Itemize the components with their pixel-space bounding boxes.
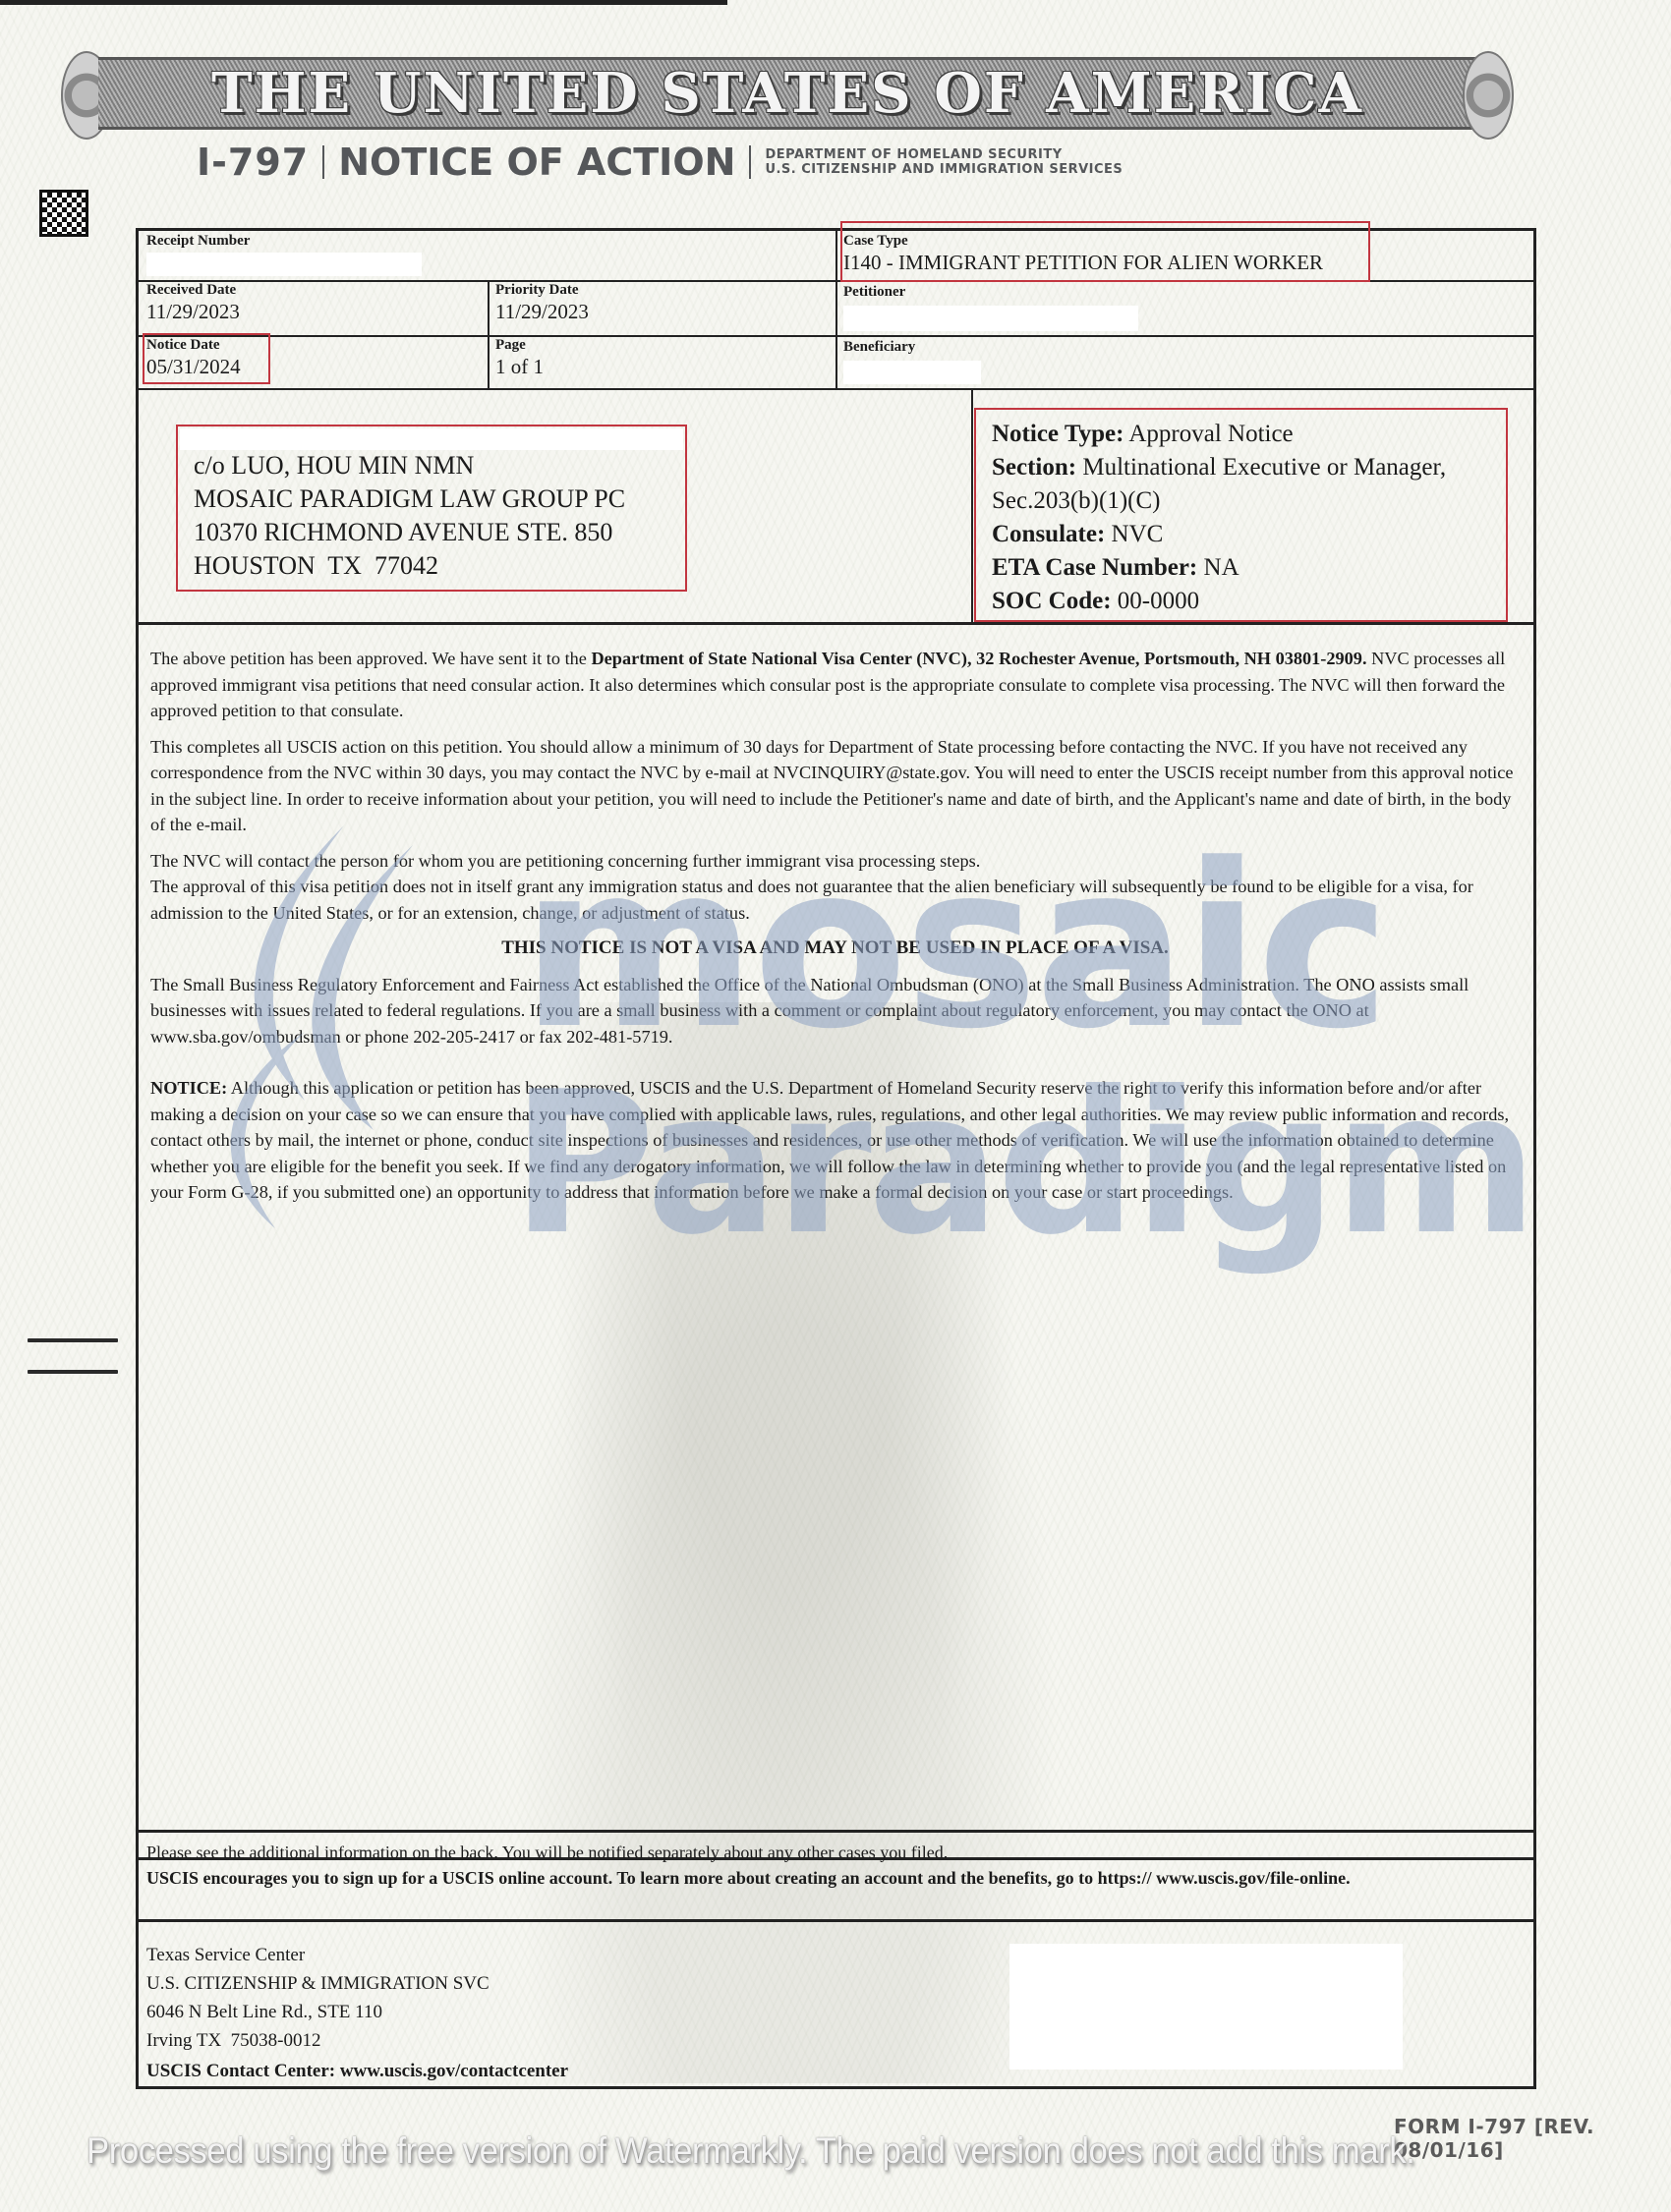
priority-date-label: Priority Date	[495, 282, 579, 299]
notice-form: Receipt Number Case Type I140 - IMMIGRAN…	[136, 228, 1536, 2089]
eta-case-number-row: ETA Case Number: NA	[992, 551, 1446, 585]
banner-title: THE UNITED STATES OF AMERICA	[61, 61, 1514, 126]
section-value: Multinational Executive or Manager,	[1082, 454, 1446, 481]
fold-marks	[28, 1338, 118, 1401]
paragraph-nvc-contact: The NVC will contact the person for whom…	[150, 848, 1520, 875]
department-line2: U.S. CITIZENSHIP AND IMMIGRATION SERVICE…	[765, 162, 1123, 177]
form-name: NOTICE OF ACTION	[338, 141, 735, 184]
contact-center: USCIS Contact Center: www.uscis.gov/cont…	[146, 2061, 568, 2082]
datamatrix-barcode-icon	[39, 190, 88, 237]
department-line1: DEPARTMENT OF HOMELAND SECURITY	[765, 147, 1062, 162]
service-center-line: Texas Service Center	[146, 1941, 490, 1969]
notice-info: Notice Type: Approval Notice Section: Mu…	[992, 418, 1446, 618]
beneficiary-label: Beneficiary	[843, 339, 915, 356]
not-a-visa-warning: THIS NOTICE IS NOT A VISA AND MAY NOT BE…	[150, 936, 1520, 962]
service-center-line: U.S. CITIZENSHIP & IMMIGRATION SVC	[146, 1969, 490, 1998]
highlight-case-type	[840, 221, 1370, 282]
service-center-line: Irving TX 75038-0012	[146, 2026, 490, 2055]
consulate-label: Consulate:	[992, 521, 1105, 547]
consulate-value: NVC	[1112, 521, 1164, 547]
eta-case-number-label: ETA Case Number:	[992, 554, 1197, 581]
highlight-notice-date	[143, 333, 270, 384]
address-line: c/o LUO, HOU MIN NMN	[194, 449, 625, 482]
form-subheader: I-797 NOTICE OF ACTION DEPARTMENT OF HOM…	[197, 138, 1123, 187]
service-center-address: Texas Service Center U.S. CITIZENSHIP & …	[146, 1941, 490, 2055]
divider	[749, 145, 751, 179]
paragraph-completion: This completes all USCIS action on this …	[150, 734, 1520, 838]
soc-code-label: SOC Code:	[992, 588, 1112, 614]
section-label: Section:	[992, 454, 1076, 481]
priority-date-value: 11/29/2023	[495, 300, 589, 324]
form-revision: FORM I-797 [REV. 08/01/16]	[1394, 2115, 1671, 2162]
form-number: I-797	[197, 141, 309, 184]
eta-case-number-value: NA	[1204, 554, 1239, 581]
notice-type-row: Notice Type: Approval Notice	[992, 418, 1446, 451]
beneficiary-redacted	[843, 361, 981, 384]
petitioner-label: Petitioner	[843, 284, 905, 301]
scan-edge-bar	[0, 0, 727, 5]
p1-text: The above petition has been approved. We…	[150, 649, 591, 668]
page-label: Page	[495, 337, 526, 354]
watermarkly-overlay: Processed using the free version of Wate…	[86, 2130, 1414, 2172]
banner: THE UNITED STATES OF AMERICA	[61, 51, 1514, 136]
paragraph-notice: NOTICE: Although this application or pet…	[150, 1075, 1520, 1206]
address-line: MOSAIC PARADIGM LAW GROUP PC	[194, 482, 625, 516]
notice-body: The above petition has been approved. We…	[150, 646, 1520, 1216]
consulate-row: Consulate: NVC	[992, 518, 1446, 551]
received-date-label: Received Date	[146, 282, 236, 299]
soc-code-value: 00-0000	[1118, 588, 1199, 614]
department: DEPARTMENT OF HOMELAND SECURITY U.S. CIT…	[765, 147, 1123, 177]
paragraph-approval-status: The approval of this visa petition does …	[150, 874, 1520, 926]
received-date-value: 11/29/2023	[146, 300, 240, 324]
section-value-line2: Sec.203(b)(1)(C)	[992, 484, 1446, 518]
notice-type-value: Approval Notice	[1128, 421, 1293, 447]
receipt-number-label: Receipt Number	[146, 233, 250, 250]
paragraph-nvc: The above petition has been approved. We…	[150, 646, 1520, 724]
notice-label: NOTICE:	[150, 1078, 227, 1098]
notice-type-label: Notice Type:	[992, 421, 1124, 447]
signature-redacted	[1009, 1944, 1403, 2070]
online-account-note: USCIS encourages you to sign up for a US…	[146, 1865, 1514, 1892]
page-value: 1 of 1	[495, 355, 544, 379]
section-row: Section: Multinational Executive or Mana…	[992, 451, 1446, 484]
nvc-address: Department of State National Visa Center…	[591, 649, 1366, 668]
soc-code-row: SOC Code: 00-0000	[992, 585, 1446, 618]
notice-text: Although this application or petition ha…	[150, 1078, 1509, 1202]
divider	[322, 145, 324, 179]
paragraph-ombudsman: The Small Business Regulatory Enforcemen…	[150, 972, 1520, 1050]
address-line: HOUSTON TX 77042	[194, 549, 625, 583]
address-line: 10370 RICHMOND AVENUE STE. 850	[194, 516, 625, 549]
additional-info-note: Please see the additional information on…	[146, 1843, 948, 1863]
addressee-redacted	[180, 428, 683, 450]
petitioner-redacted	[843, 306, 1138, 331]
service-center-line: 6046 N Belt Line Rd., STE 110	[146, 1998, 490, 2026]
mailing-address: c/o LUO, HOU MIN NMN MOSAIC PARADIGM LAW…	[194, 449, 625, 583]
receipt-number-redacted	[146, 253, 422, 276]
